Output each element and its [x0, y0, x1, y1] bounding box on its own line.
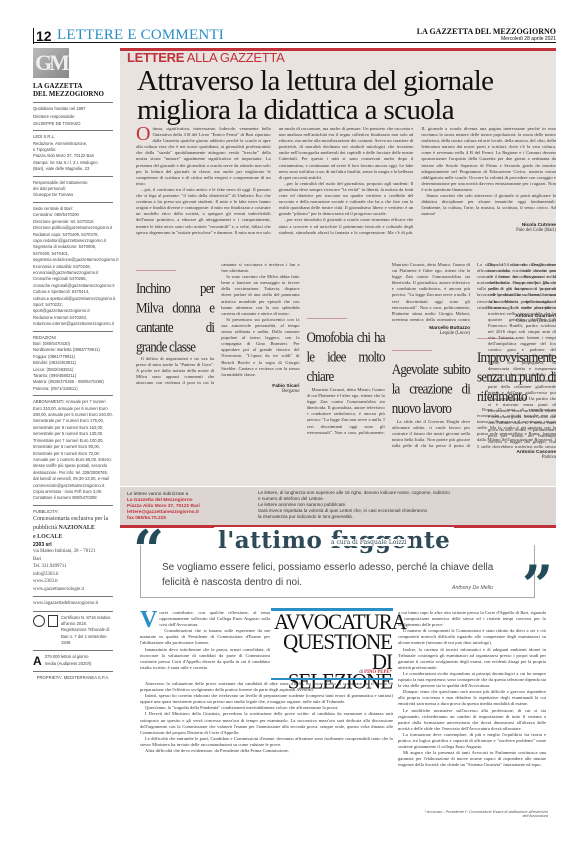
submission-rules: Le lettere, di lunghezza non superiore a… — [258, 490, 548, 520]
founded: Quotidiano fondato nel 1887 — [33, 106, 113, 112]
blue-rule-bottom — [271, 678, 393, 680]
advertising-bold: e LOCALE — [33, 534, 63, 540]
paragraph: Infatti, spesso ho corretto elaborati ch… — [140, 693, 393, 705]
agency-website[interactable]: www.gazzettanecrologie.it — [33, 586, 113, 594]
paragraph-continued: Dopo 15 mesi di rivendicazione economich… — [488, 262, 556, 446]
advertising-bold: NAZIONALE — [59, 525, 95, 531]
rule — [136, 270, 176, 271]
divider — [33, 102, 113, 103]
divider — [33, 202, 113, 203]
paragraph: Dunque, temo che quest'anno sarà ancora … — [398, 689, 546, 707]
main-letter-body: Ottima, significativa, interessante, lod… — [136, 126, 556, 236]
divider — [33, 505, 113, 506]
opinion-wide-column: Attraverso la valutazione delle prove so… — [140, 681, 393, 754]
quote-curator: a cura di Pasquale Loizzi — [331, 539, 411, 546]
signature-location: Bergamo — [221, 389, 299, 394]
fieg-logo-icon — [48, 615, 58, 627]
paragraph: Innanzitutto devo sottolineare che la pr… — [140, 647, 270, 671]
subscriptions: ABBONAMENTI: Annuale per 7 numeri Euro 3… — [33, 399, 113, 502]
newspaper-website[interactable]: www.lagazzettadelmezzogiorno.it — [33, 600, 113, 608]
paragraph: Altra difficoltà che devo evidenziare, d… — [140, 748, 393, 754]
opinion-column-1: Vorrei contribuire, con qualche riflessi… — [140, 610, 270, 671]
paragraph: Si presentava sui palcoscenici con la su… — [221, 317, 299, 378]
rule-line: la riservatezza pur indicando le loro ge… — [258, 514, 548, 520]
director: GIUSEPPE DE TOMASO — [33, 121, 113, 127]
paragraph: Considerazioni che si basano sulle esper… — [140, 628, 270, 646]
paragraph: La sfida che il Governo Draghi deve affr… — [392, 419, 470, 449]
author-footnote: * Avvocato - Presidente I^ Commissione E… — [398, 810, 548, 818]
opinion-column-3: a cui fanno capo le altre otto istituite… — [398, 610, 546, 768]
logo-name: LA GAZZETTA DEL MEZZOGIORNO — [33, 83, 113, 98]
agency-line: via Matteo Imbriani, 28 – 70121 — [33, 548, 113, 556]
audipress-logo-icon: A — [33, 654, 42, 668]
paragraph: Le considerazioni svolte rispondono ai p… — [398, 671, 546, 689]
quote-author: Anthony De Mello — [452, 585, 493, 591]
paragraph: Inoltre, la carenza di tecnici informati… — [398, 647, 546, 671]
open-quote-icon: “ — [133, 530, 164, 570]
paragraph: Io sono convinto che Milva abbia fatto b… — [221, 274, 299, 317]
contact-line: Segreteria di redazione: 5470008, 547040… — [33, 244, 113, 257]
paragraph: Il numero di componenti le Commissioni è… — [398, 628, 546, 646]
letter-omofobia: Omofobia chi ha le idee molto chiare Mau… — [307, 262, 385, 449]
paragraph: orrei contribuire, con qualche riflessio… — [159, 610, 270, 627]
ownership: PROPRIETA': MEDITERRANEA S.P.A. — [33, 675, 113, 681]
certificate-text: Certificato N. 8718 relativo all'anno 20… — [61, 615, 113, 647]
paragraph: Maurizio Coruzzi, detto Mauro, l'uomo di… — [307, 387, 385, 435]
newspaper-logo: GM — [33, 48, 69, 78]
advertising-line: Concessionaria esclusiva per la — [33, 515, 113, 524]
paragraph: I Decreti del Ministero della Giustizia,… — [140, 711, 393, 735]
masthead-sidebar: GM LA GAZZETTA DEL MEZZOGIORNO Quotidian… — [33, 48, 113, 681]
publisher-line: (Bari), viale delle Magnolie, 23 — [33, 166, 113, 172]
signature-location: Lequile (Lecce) — [392, 331, 470, 336]
advertising-line: pubblicità NAZIONALE — [33, 524, 113, 533]
paragraph: a cui fanno capo le altre otto istituite… — [398, 610, 546, 628]
logo-name-line-2: DEL MEZZOGIORNO — [33, 91, 113, 99]
header-rule — [33, 42, 556, 43]
kicker-rest: ALLA GAZZETTA — [184, 50, 284, 65]
paragraph: Le difficoltà che entrambe le parti, Can… — [140, 736, 393, 748]
contact-email[interactable]: segreteria.redazione@gazzettamezzogiorno… — [33, 257, 113, 263]
contact-email[interactable]: redazione.internet@gazzettamezzogiorno.i… — [33, 321, 113, 327]
redazione-line: Matera: (0835/470265 - 080/5470269) — [33, 379, 113, 385]
letter-headline: Agevolate subito la creazione di nuovo l… — [392, 359, 470, 418]
close-quote-icon: ” — [522, 565, 553, 605]
kicker: LETTERE ALLA GAZZETTA — [127, 50, 284, 65]
paragraph: Le modifiche normative sull'accesso alla… — [398, 708, 546, 732]
agency-line: Tel. 331.9499711 — [33, 563, 113, 571]
advertising-text: pubblicità — [33, 525, 59, 531]
letter-cascone-column: Dopo 15 mesi di rivendicazione economich… — [488, 262, 556, 460]
byline: di PINO PEPE* — [274, 670, 392, 675]
paragraph: ttima, significativa, interessante, lode… — [136, 126, 271, 186]
paragraph: ...per la centralità del ruolo del giorn… — [279, 181, 414, 218]
letter-lavoro: Maurizio Coruzzi, detto Mauro, l'uomo di… — [392, 262, 470, 449]
signature-location: Palo del Colle (Bari) — [421, 228, 556, 233]
signature-location: Padova — [488, 455, 556, 460]
divider — [33, 331, 113, 332]
divider — [33, 671, 113, 672]
divider — [33, 395, 113, 396]
letter-headline: Omofobia chi ha le idee molto chiare — [307, 327, 385, 386]
divider — [33, 130, 113, 131]
dropcap: O — [136, 126, 150, 142]
advertising-info: Concessionaria esclusiva per la pubblici… — [33, 515, 113, 542]
rule — [307, 318, 347, 319]
divider — [33, 611, 113, 612]
author-name: PINO PEPE* — [364, 670, 392, 675]
privacy-line: Giuseppe De Tomaso — [33, 192, 113, 198]
certification-seal-icon — [33, 615, 45, 627]
paragraph: Attraverso la valutazione delle prove so… — [140, 681, 393, 693]
rule — [392, 350, 432, 351]
letter-headline: Inchino per Milva donna e cantante di gr… — [136, 278, 214, 356]
agency-email[interactable]: info@2303.it — [33, 571, 113, 579]
paragraph: Mi auguro che la presenza di tanti Avvoc… — [398, 750, 546, 768]
paragraph: La formazione deve contemplare, di più e… — [398, 732, 546, 750]
quote-text: Se vogliamo essere felici, possiamo esse… — [162, 560, 502, 590]
divider — [33, 650, 113, 651]
readers-count: 379.000 lettori al giorno — [45, 654, 92, 660]
main-headline: Attraverso la lettura del giornale migli… — [137, 67, 557, 125]
dropcap: V — [140, 610, 157, 630]
readers-note: media (Audipress 2020/I) — [45, 661, 92, 667]
paragraph-continued: Maurizio Coruzzi, detto Mauro, l'uomo di… — [392, 262, 470, 322]
kicker-bold: LETTERE — [127, 50, 184, 65]
agency-website[interactable]: www.2303.it — [33, 578, 113, 586]
redazione-line: Potenza: (0971/418511) — [33, 386, 113, 392]
divider — [33, 596, 113, 597]
paragraph: Siamo convinti che solo attraverso il gi… — [421, 193, 556, 217]
contact-email[interactable]: Direzione.politica@gazzettamezzogiorno.i… — [33, 225, 113, 231]
agency-line: Bari — [33, 556, 113, 564]
divider — [33, 176, 113, 177]
publication-name: LA GAZZETTA DEL MEZZOGIORNO — [417, 27, 556, 36]
letter-milva: Inchino per Milva donna e cantante di gr… — [136, 262, 300, 449]
